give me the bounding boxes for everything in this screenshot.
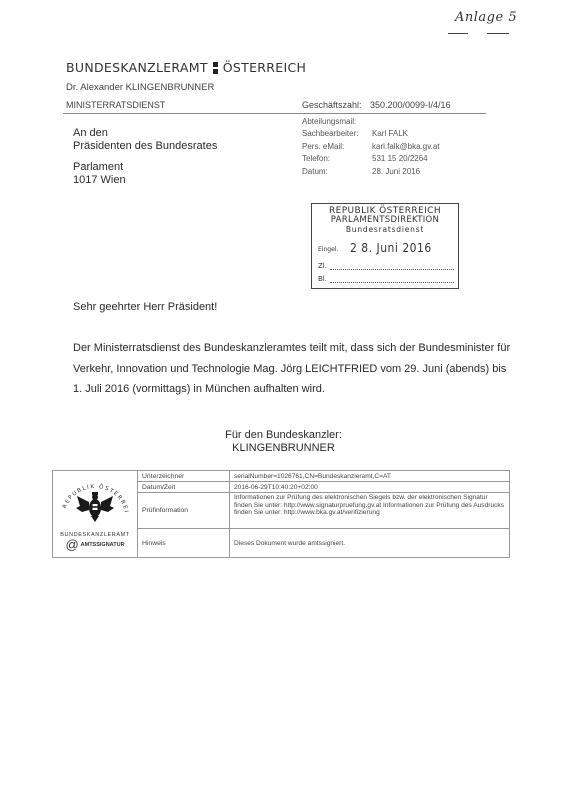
reference-value: 350.200/0099-I/4/16	[370, 100, 451, 110]
recipient-address: An den Präsidenten des Bundesrates Parla…	[73, 127, 217, 187]
contact-info: Abteilungsmail: Sachbearbeiter:Karl FALK…	[302, 116, 440, 178]
contact-row: Telefon:531 15 20/2264	[302, 153, 440, 165]
annotation-underline	[448, 33, 468, 34]
sig-value: Dieses Dokument wurde amtssigniert.	[230, 529, 510, 558]
header-divider	[63, 113, 486, 114]
sig-value: serialNumber=1026761,CN=Bundeskanzleramt…	[230, 471, 510, 482]
sig-label: Unterzeichner	[138, 471, 230, 482]
austria-flag-icon	[213, 61, 218, 75]
sig-label: Prüfinformation	[138, 493, 230, 529]
signature-line1: Für den Bundeskanzler:	[0, 429, 567, 441]
at-sign-icon: @	[65, 540, 78, 550]
sig-value: Informationen zur Prüfung des elektronis…	[230, 493, 510, 529]
signature-block: REPUBLIK ÖSTERREICH BUNDESKANZLERAMT @ A…	[52, 470, 510, 558]
official-name: Dr. Alexander KLINGENBRUNNER	[66, 82, 214, 93]
received-stamp: REPUBLIK ÖSTERREICH PARLAMENTSDIREKTION …	[311, 203, 459, 289]
letterhead-brand: BUNDESKANZLERAMT ÖSTERREICH	[66, 60, 306, 75]
sig-label: Hinweis	[138, 529, 230, 558]
amtssignatur-badge: @ AMTSSIGNATUR	[53, 540, 137, 550]
annotation-underline	[487, 33, 509, 34]
seal-cell: REPUBLIK ÖSTERREICH BUNDESKANZLERAMT @ A…	[53, 471, 138, 558]
contact-row: Datum:28. Juni 2016	[302, 166, 440, 178]
dotted-line	[330, 263, 454, 270]
salutation: Sehr geehrter Herr Präsident!	[73, 301, 217, 313]
letter-body: Der Ministerratsdienst des Bundeskanzler…	[73, 338, 513, 400]
department: MINISTERRATSDIENST	[66, 100, 165, 110]
austrian-eagle-seal-icon: REPUBLIK ÖSTERREICH	[55, 478, 135, 530]
brand-left: BUNDESKANZLERAMT	[66, 60, 208, 75]
signature-line2: KLINGENBRUNNER	[0, 442, 567, 454]
sig-label: Datum/Zeit	[138, 482, 230, 493]
contact-row: Abteilungsmail:	[302, 116, 440, 128]
reference-label: Geschäftszahl:	[302, 100, 362, 110]
handwritten-annotation: Anlage 5	[455, 10, 517, 25]
contact-row: Sachbearbeiter:Karl FALK	[302, 128, 440, 140]
sig-value: 2016-06-29T10:40:20+02:00	[230, 482, 510, 493]
dotted-line	[330, 276, 454, 283]
brand-right: ÖSTERREICH	[223, 60, 306, 75]
contact-row: Pers. eMail:karl.falk@bka.gv.at	[302, 141, 440, 153]
received-date: 2 8. Juni 2016	[350, 241, 432, 255]
